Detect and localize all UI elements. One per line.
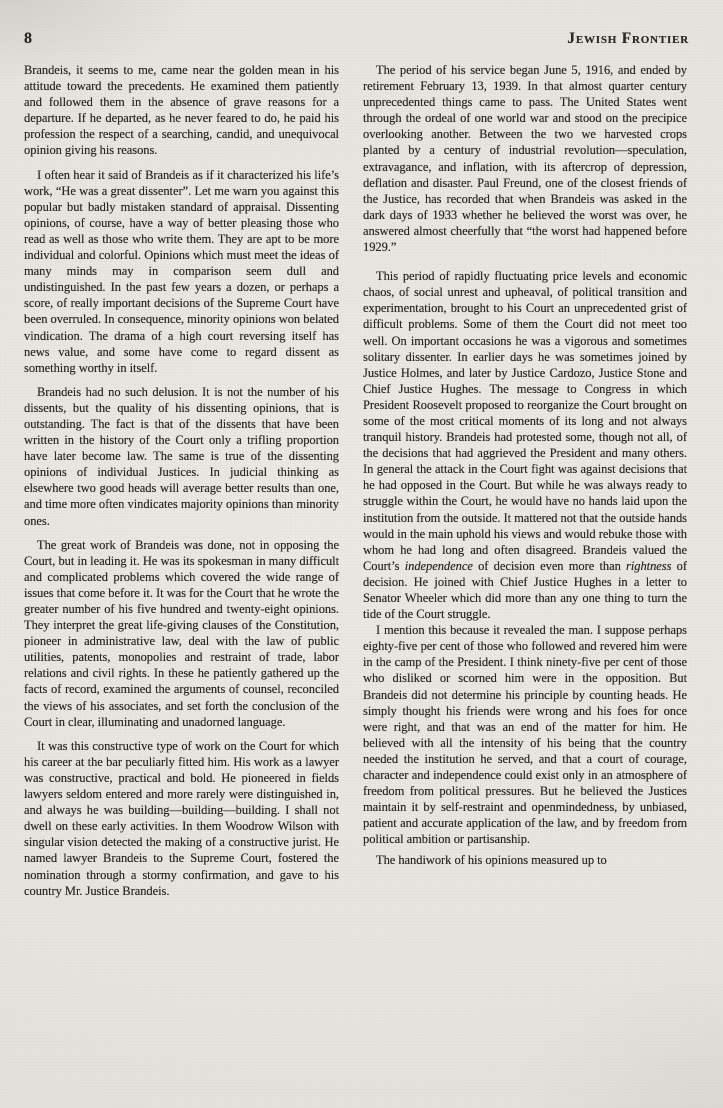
masthead-title: Jewish Frontier: [567, 30, 689, 48]
paragraph: Brandeis had no such delusion. It is not…: [24, 384, 339, 529]
page-header: 8 Jewish Frontier: [24, 30, 689, 48]
paragraph: This period of rapidly fluctuating price…: [363, 268, 687, 622]
paragraph: The great work of Brandeis was done, not…: [24, 537, 339, 730]
paragraph-text: of decision even more than: [473, 559, 626, 573]
emphasized-word: independence: [405, 559, 473, 573]
emphasized-word: rightness: [626, 559, 671, 573]
paragraph: The period of his service began June 5, …: [363, 62, 687, 255]
paragraph: Brandeis, it seems to me, came near the …: [24, 62, 339, 159]
magazine-page-scan: 8 Jewish Frontier Brandeis, it seems to …: [0, 0, 723, 1108]
paragraph: The handiwork of his opinions measured u…: [363, 852, 687, 868]
article-body: Brandeis, it seems to me, came near the …: [24, 62, 687, 899]
paragraph: I mention this because it revealed the m…: [363, 622, 687, 847]
paragraph: I often hear it said of Brandeis as if i…: [24, 167, 339, 376]
page-number: 8: [24, 30, 32, 48]
left-column: Brandeis, it seems to me, came near the …: [24, 62, 339, 899]
paragraph-text: This period of rapidly fluctuating price…: [363, 269, 687, 573]
right-column: The period of his service began June 5, …: [363, 62, 687, 899]
paragraph: It was this constructive type of work on…: [24, 738, 339, 899]
